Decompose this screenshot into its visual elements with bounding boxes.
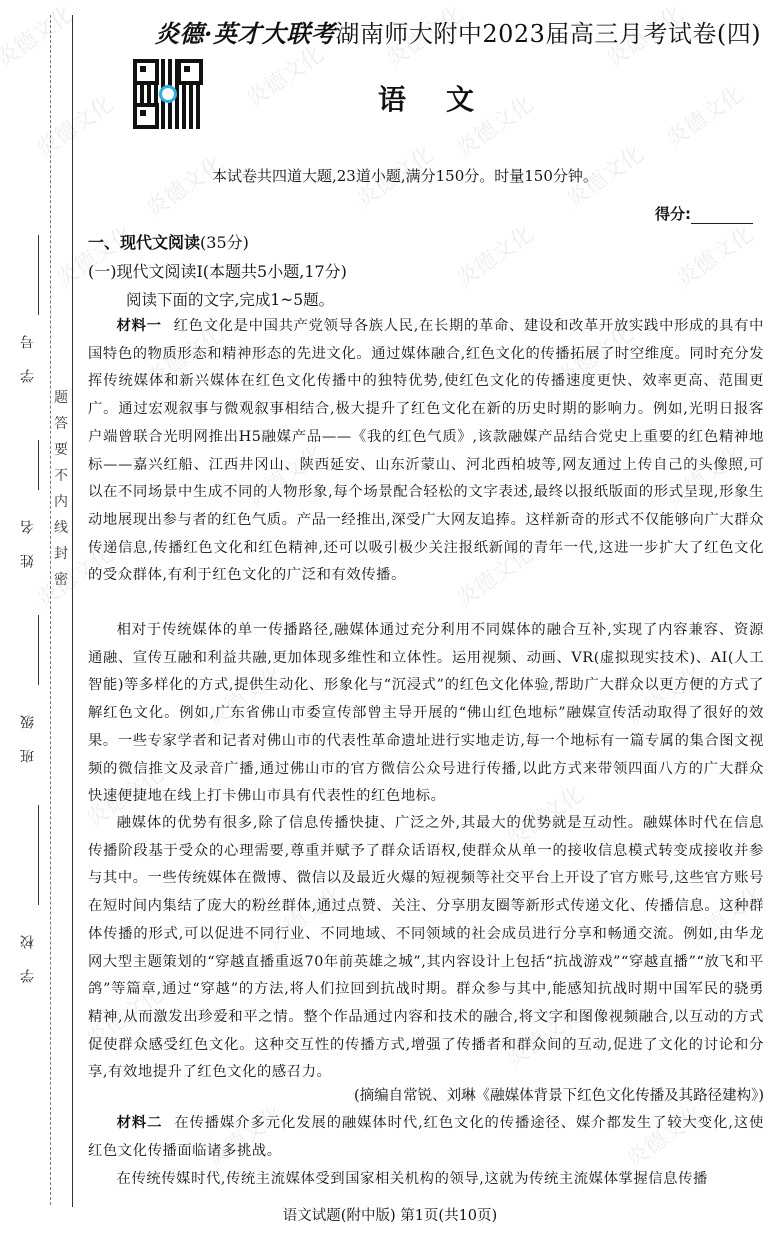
- material1-paragraph3: 融媒体的优势有很多,除了信息传播快捷、广泛之外,其最大的优势就是互动性。融媒体时…: [88, 810, 764, 1087]
- paragraph-text: 融媒体的优势有很多,除了信息传播快捷、广泛之外,其最大的优势就是互动性。融媒体时…: [88, 815, 764, 1080]
- school-label: 学校: [18, 915, 38, 983]
- paragraph-text: 在传播媒介多元化发展的融媒体时代,红色文化的传播途径、媒介都发生了较大变化,这使…: [88, 1115, 764, 1159]
- field-line: [38, 615, 39, 685]
- seal-char: 密: [51, 567, 71, 593]
- section-heading: 一、现代文阅读(35分): [88, 230, 249, 253]
- class-field[interactable]: 班级: [18, 695, 46, 805]
- seal-char: 题: [51, 385, 71, 411]
- material1-paragraph1: 材料一红色文化是中国共产党领导各族人民,在长期的革命、建设和改革开放实践中形成的…: [88, 313, 764, 590]
- school-field[interactable]: 学校: [18, 915, 46, 1025]
- paragraph-text: 红色文化是中国共产党领导各族人民,在长期的革命、建设和改革开放实践中形成的具有中…: [88, 318, 764, 583]
- qr-finder: [177, 59, 203, 85]
- class-label: 班级: [18, 695, 38, 763]
- section-title: 一、现代文阅读: [88, 233, 200, 252]
- qr-finder: [133, 103, 159, 129]
- exam-intro: 本试卷共四道大题,23道小题,满分150分。时量150分钟。: [212, 165, 598, 186]
- paragraph-text: 在传统传媒时代,传统主流媒体受到国家相关机构的领导,这就为传统主流媒体掌握信息传…: [117, 1171, 708, 1187]
- seal-char: 不: [51, 463, 71, 489]
- student-id-field[interactable]: 学号: [18, 315, 46, 465]
- field-line: [38, 440, 39, 490]
- material1-paragraph2: 相对于传统媒体的单一传播路径,融媒体通过充分利用不同媒体的融合互补,实现了内容兼…: [88, 617, 764, 811]
- title-brand: 炎德·英才大联考: [155, 19, 335, 48]
- watermark: 炎德文化: [29, 88, 119, 164]
- instruction: 阅读下面的文字,完成1~5题。: [126, 288, 334, 310]
- qr-code-icon[interactable]: [133, 59, 203, 129]
- material1-label: 材料一: [117, 318, 162, 334]
- watermark: 炎德文化: [669, 218, 759, 294]
- title-rest: 湖南师大附中2023届高三月考试卷(四): [335, 20, 761, 48]
- qr-finder: [133, 59, 159, 85]
- seal-char: 内: [51, 489, 71, 515]
- field-line: [38, 235, 39, 315]
- paragraph-text: 相对于传统媒体的单一传播路径,融媒体通过充分利用不同媒体的融合互补,实现了内容兼…: [88, 622, 764, 804]
- subject-title: 语文: [378, 78, 514, 118]
- watermark: 炎德文化: [659, 78, 749, 154]
- seal-char: 封: [51, 541, 71, 567]
- seal-dashed-line: [50, 15, 51, 1205]
- watermark: 炎德文化: [449, 218, 539, 294]
- score-label: 得分:: [655, 205, 691, 223]
- source-citation: (摘编自常锐、刘琳《融媒体背景下红色文化传播及其路径建构》): [354, 1084, 764, 1105]
- page-footer: 语文试题(附中版) 第1页(共10页): [0, 1204, 780, 1225]
- score-blank[interactable]: [691, 223, 753, 224]
- margin-solid-line: [72, 15, 73, 1207]
- seal-char: 要: [51, 437, 71, 463]
- field-line: [38, 805, 39, 905]
- seal-char: 线: [51, 515, 71, 541]
- qr-logo-icon: [159, 85, 177, 103]
- material2-paragraph2: 在传统传媒时代,传统主流媒体受到国家相关机构的领导,这就为传统主流媒体掌握信息传…: [88, 1166, 764, 1194]
- seal-notice: 题 答 要 不 内 线 封 密: [51, 385, 71, 593]
- score-field[interactable]: 得分:: [655, 203, 753, 224]
- material2-paragraph1: 材料二在传播媒介多元化发展的融媒体时代,红色文化的传播途径、媒介都发生了较大变化…: [88, 1110, 764, 1165]
- seal-char: 答: [51, 411, 71, 437]
- watermark: 炎德文化: [0, 0, 79, 73]
- exam-title: 炎德·英才大联考湖南师大附中2023届高三月考试卷(四): [155, 14, 761, 49]
- material2-label: 材料二: [117, 1115, 163, 1131]
- sub-heading: (一)现代文阅读Ⅰ(本题共5小题,17分): [88, 259, 347, 282]
- student-id-label: 学号: [18, 315, 38, 383]
- name-field[interactable]: 姓名: [18, 500, 46, 610]
- section-points: (35分): [200, 233, 249, 252]
- watermark: 炎德文化: [49, 218, 139, 294]
- name-label: 姓名: [18, 500, 38, 568]
